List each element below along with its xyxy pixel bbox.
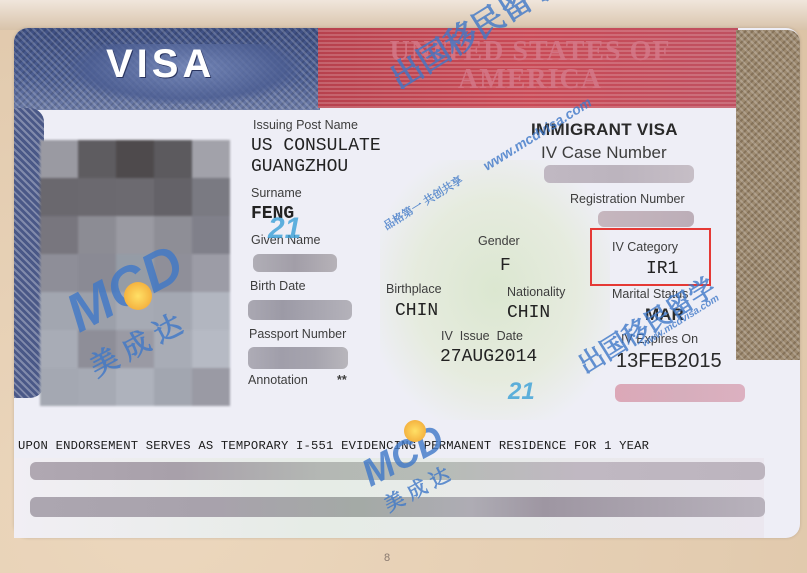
issuing-post-label: Issuing Post Name [253,118,358,132]
issue-date-value: 27AUG2014 [440,347,537,367]
birthplace-label: Birthplace [386,282,442,296]
case-number-label: IV Case Number [541,143,667,163]
given-name-redacted [253,254,337,272]
nationality-value: CHIN [507,303,550,323]
passport-page: VISA UNITED STATES OF AMERICA Issuing Po… [0,0,807,573]
annotation-label: Annotation [248,373,308,387]
case-number-redacted [544,165,694,183]
passport-number-redacted [248,347,348,369]
page-number: 8 [384,552,390,564]
issuing-post-value-line1: US CONSULATE [251,136,381,156]
nationality-label: Nationality [507,285,565,299]
birthplace-value: CHIN [395,301,438,321]
surname-label: Surname [251,186,302,200]
watermark-anniversary-bottom: 21 [508,378,535,406]
gender-label: Gender [478,234,520,248]
birth-date-redacted [248,300,352,320]
compass-icon [404,420,426,442]
gender-value: F [500,256,511,276]
endorsement-text: UPON ENDORSEMENT SERVES AS TEMPORARY I-5… [18,439,649,453]
visa-header-title: VISA [106,42,215,87]
issuing-post-value-line2: GUANGZHOU [251,157,348,177]
birth-date-label: Birth Date [250,279,306,293]
security-strip [736,30,800,360]
page-top-edge [0,0,807,30]
annotation-value: ** [337,373,347,387]
compass-icon [124,282,152,310]
issue-date-label: IV Issue Date [441,329,523,343]
registration-number-label: Registration Number [570,192,685,206]
expires-extra-redacted [615,384,745,402]
registration-number-redacted [598,211,694,227]
watermark-anniversary-left: 21 [268,212,301,246]
passport-number-label: Passport Number [249,327,346,341]
